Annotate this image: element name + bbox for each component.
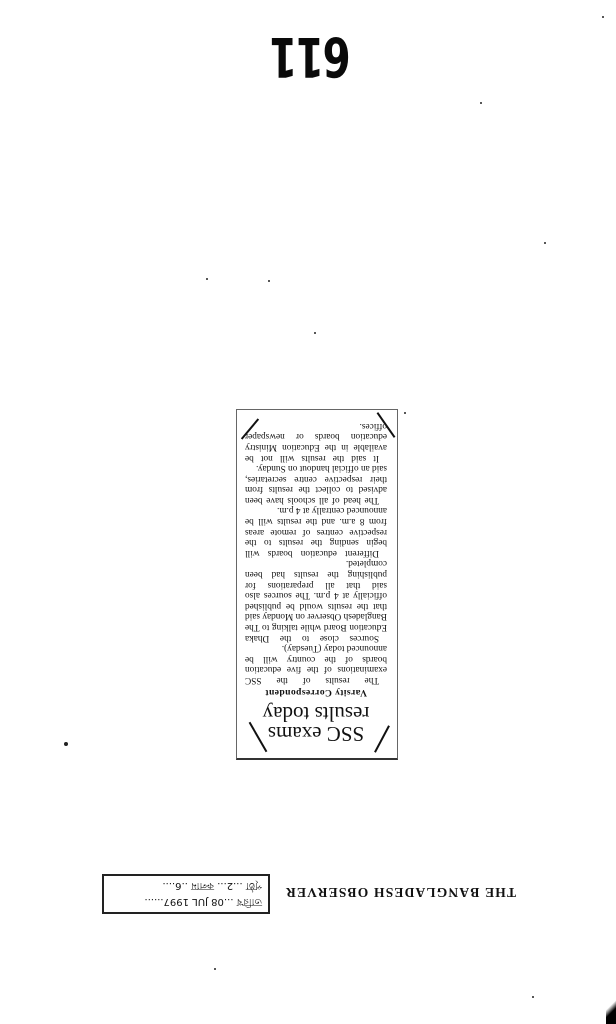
stamp-column-value: 6 (175, 880, 181, 891)
clipping-body: The results of the SSC examinations of t… (245, 420, 387, 685)
archive-date-stamp: তারিখ ...08 JUL 1997...... পৃষ্ঠা ...2..… (102, 874, 270, 914)
paragraph: The results of the SSC examinations of t… (245, 643, 387, 685)
clipping-headline: SSC exams results today (245, 704, 387, 744)
paragraph: The head of all schools have been advise… (245, 463, 387, 505)
paragraph: Sources close to the Dhaka Education Boa… (245, 558, 387, 643)
newspaper-name: THE BANGLADESH OBSERVER (285, 884, 516, 900)
news-clipping: SSC exams results today Varsity Correspo… (236, 409, 398, 760)
scanned-page: 611 SSC exams results today Varsity Corr… (0, 0, 616, 1024)
stamp-date-label: তারিখ (237, 896, 262, 907)
stamp-page-label: পৃষ্ঠা (246, 880, 262, 891)
clipping-byline: Varsity Correspondent (245, 687, 387, 698)
stamp-date-value: 08 JUL 1997 (164, 896, 224, 907)
paragraph: Different education boards will begin se… (245, 505, 387, 558)
handwritten-page-number: 611 (271, 25, 351, 88)
scan-edge-artifact (606, 994, 616, 1024)
stamp-page-value: 2 (227, 880, 233, 891)
stamp-column-label: কলাম (191, 880, 214, 891)
paragraph: It said the results will not be availabl… (245, 420, 387, 462)
